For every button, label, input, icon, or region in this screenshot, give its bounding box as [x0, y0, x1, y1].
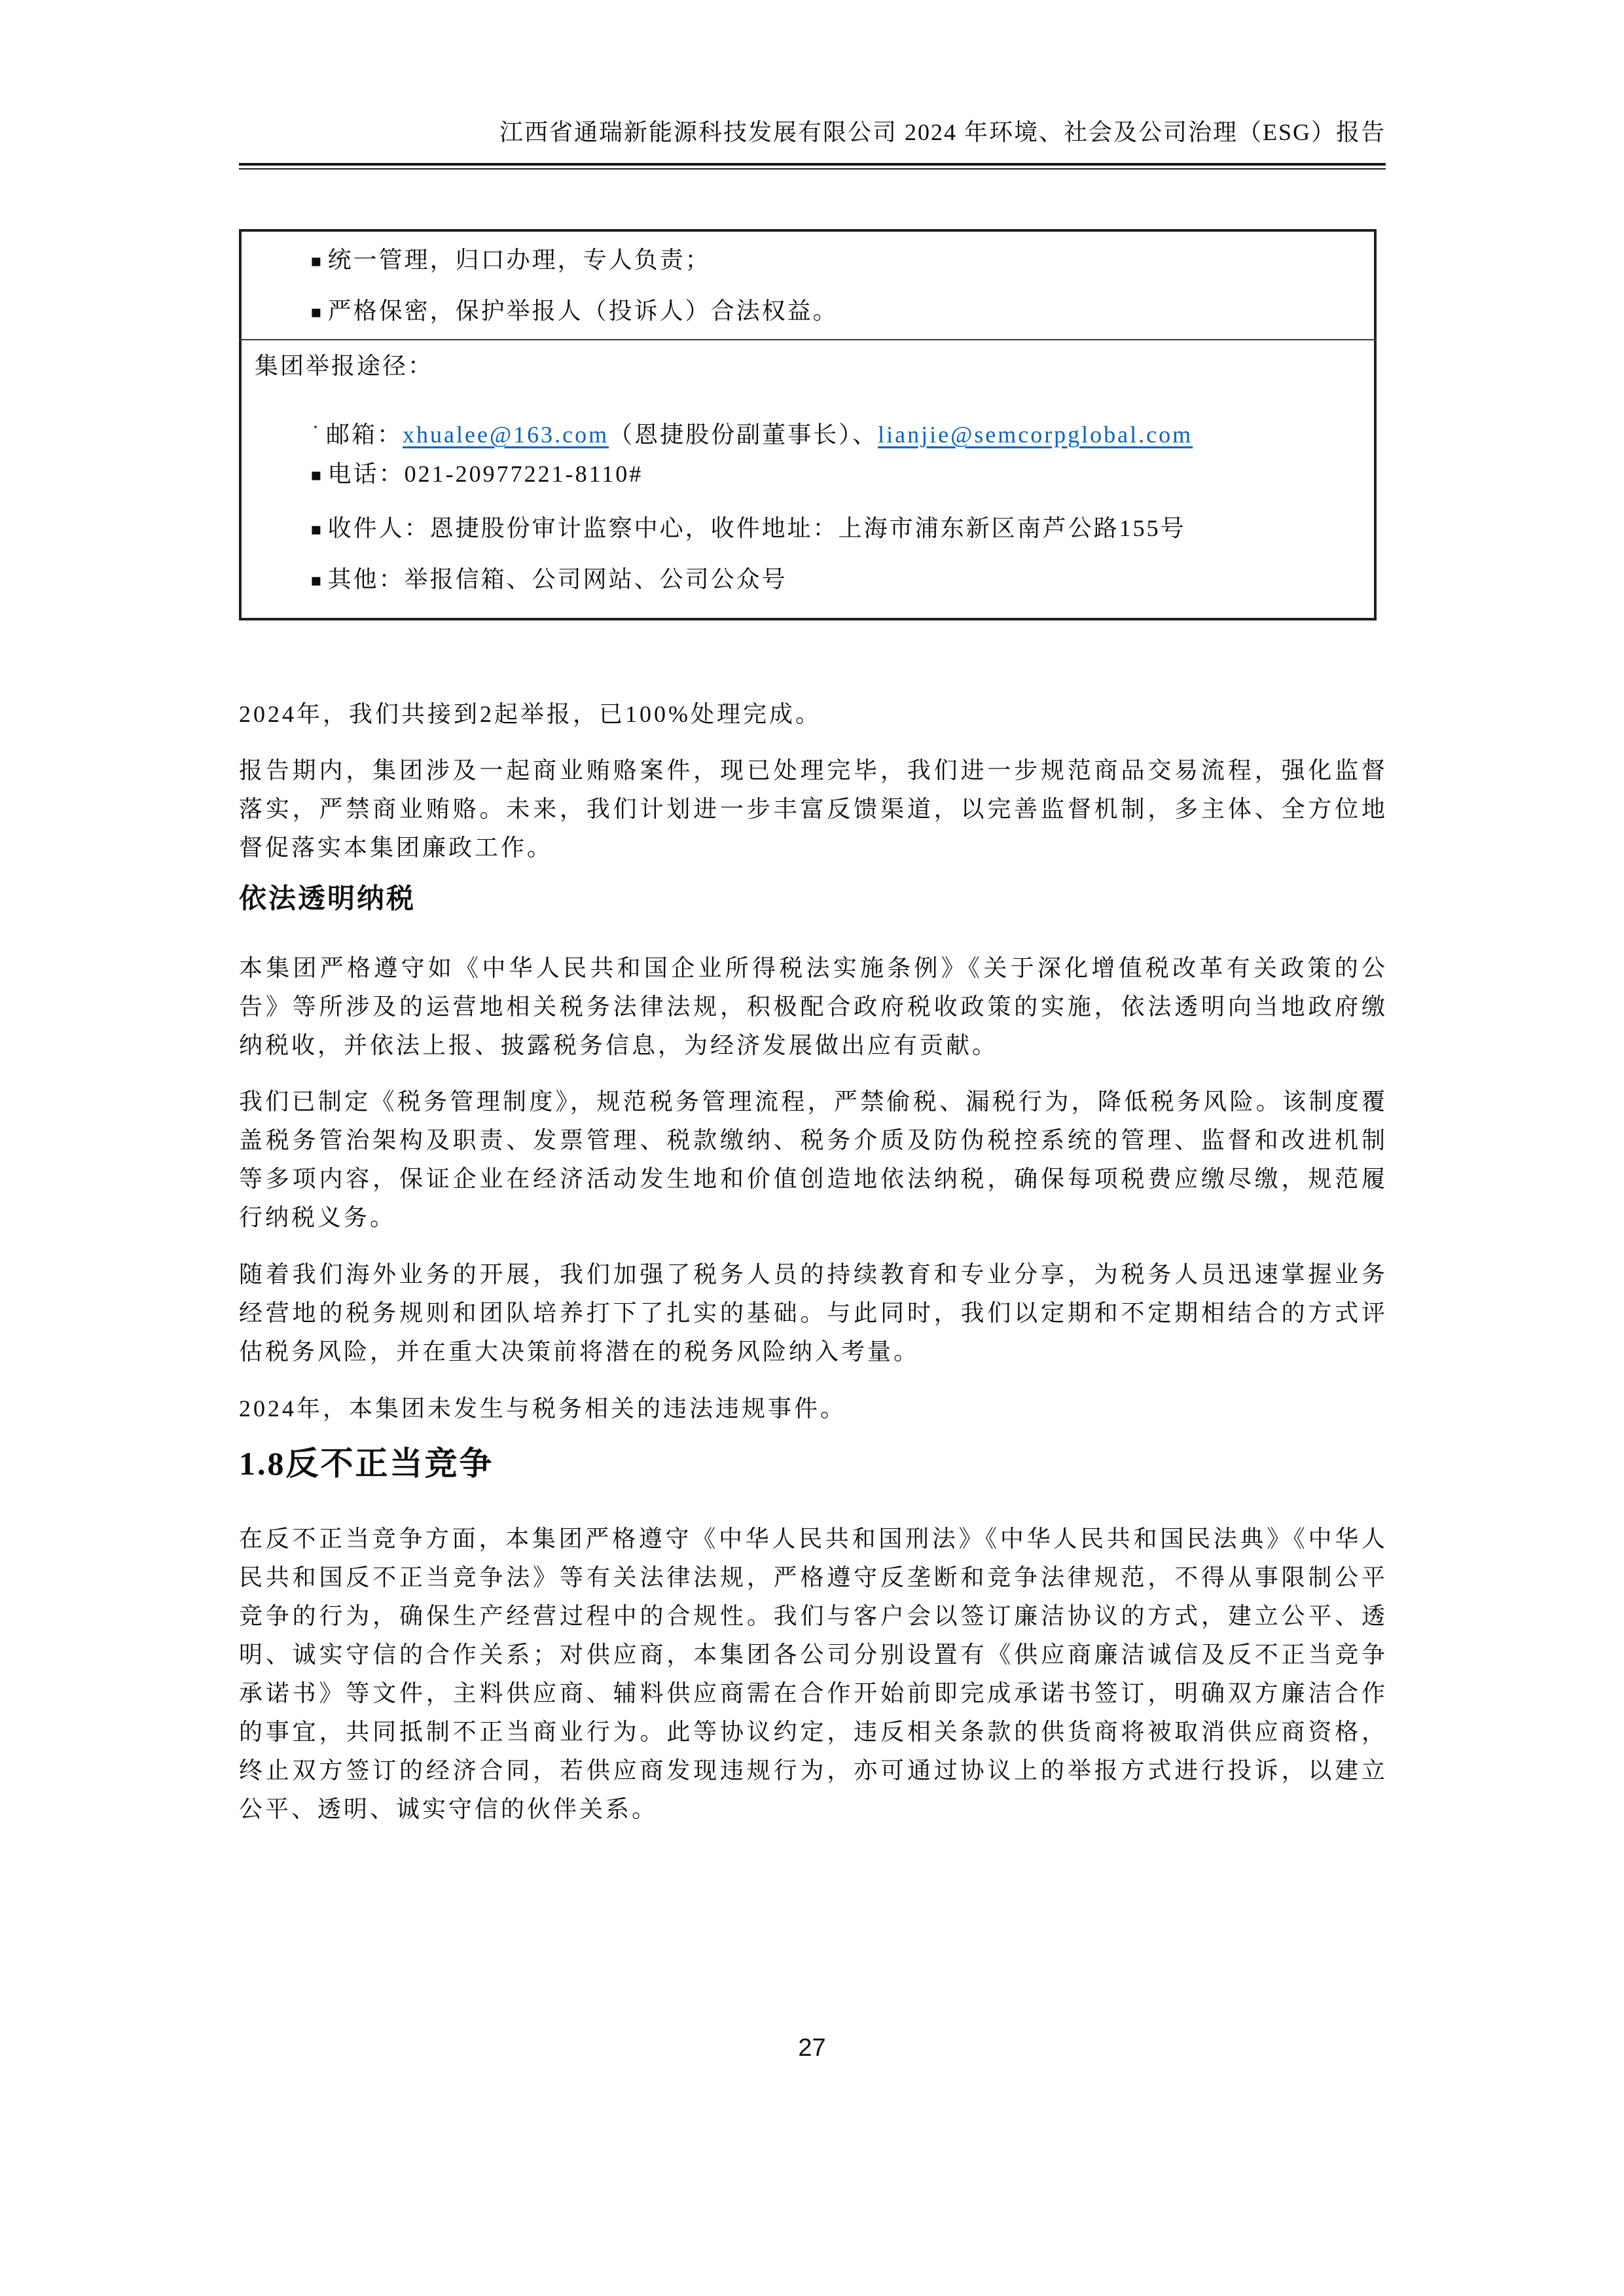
document-page: 江西省通瑞新能源科技发展有限公司 2024 年环境、社会及公司治理（ESG）报告…	[0, 0, 1624, 2296]
principle-text: 统一管理，归口办理，专人负责；	[328, 247, 711, 273]
phone-text: 电话：021-20977221-8110#	[328, 461, 643, 487]
channels-title: 集团举报途径：	[255, 351, 433, 381]
paragraph-anti-unfair-competition: 在反不正当竞争方面，本集团严格遵守《中华人民共和国刑法》《中华人民共和国民法典》…	[239, 1520, 1388, 1829]
email-link-1[interactable]: xhualee@163.com	[403, 422, 609, 448]
email-link-2[interactable]: lianjie@semcorpglobal.com	[878, 422, 1193, 448]
running-header-title: 江西省通瑞新能源科技发展有限公司 2024 年环境、社会及公司治理（ESG）报告	[239, 118, 1386, 147]
dot-bullet-icon: ·	[312, 412, 321, 442]
phone-channel-line: ▪电话：021-20977221-8110#	[310, 459, 643, 490]
paragraph-tax-result: 2024年，本集团未发生与税务相关的违法违规事件。	[239, 1390, 1388, 1428]
email-label: 邮箱：	[326, 422, 403, 448]
list-item: ▪统一管理，归口办理，专人负责；	[310, 245, 711, 276]
square-bullet-icon: ▪	[310, 514, 324, 545]
heading-tax-compliance: 依法透明纳税	[239, 882, 1388, 916]
other-text: 其他：举报信箱、公司网站、公司公众号	[328, 566, 787, 592]
whistleblowing-box: ▪统一管理，归口办理，专人负责； ▪严格保密，保护举报人（投诉人）合法权益。 集…	[239, 229, 1377, 620]
email-middle-text: （恩捷股份副董事长）、	[609, 422, 878, 448]
square-bullet-icon: ▪	[310, 297, 324, 327]
other-channel-line: ▪其他：举报信箱、公司网站、公司公众号	[310, 564, 787, 596]
paragraph-tax-system: 我们已制定《税务管理制度》，规范税务管理流程，严禁偷税、漏税行为，降低税务风险。…	[239, 1083, 1388, 1237]
header-double-rule	[239, 163, 1386, 170]
square-bullet-icon: ▪	[310, 565, 324, 596]
paragraph-tax-law: 本集团严格遵守如《中华人民共和国企业所得税法实施条例》《关于深化增值税改革有关政…	[239, 949, 1388, 1065]
list-item: ▪严格保密，保护举报人（投诉人）合法权益。	[310, 296, 839, 327]
paragraph-tax-overseas: 随着我们海外业务的开展，我们加强了税务人员的持续教育和专业分享，为税务人员迅速掌…	[239, 1255, 1388, 1371]
paragraph-reports-count: 2024年，我们共接到2起举报，已100%处理完成。	[239, 695, 1388, 734]
principle-text: 严格保密，保护举报人（投诉人）合法权益。	[328, 298, 839, 324]
email-channel-line: ·邮箱：xhualee@163.com（恩捷股份副董事长）、lianjie@se…	[312, 412, 1193, 450]
page-number: 27	[0, 2034, 1624, 2062]
square-bullet-icon: ▪	[310, 246, 324, 276]
box-row-divider	[239, 339, 1377, 340]
recipient-channel-line: ▪收件人：恩捷股份审计监察中心，收件地址：上海市浦东新区南芦公路155号	[310, 513, 1186, 545]
heading-anti-unfair-competition: 1.8反不正当竞争	[239, 1443, 1388, 1484]
paragraph-bribery-case: 报告期内，集团涉及一起商业贿赂案件，现已处理完毕，我们进一步规范商品交易流程，强…	[239, 751, 1388, 867]
recipient-text: 收件人：恩捷股份审计监察中心，收件地址：上海市浦东新区南芦公路155号	[328, 515, 1186, 541]
square-bullet-icon: ▪	[310, 460, 324, 490]
